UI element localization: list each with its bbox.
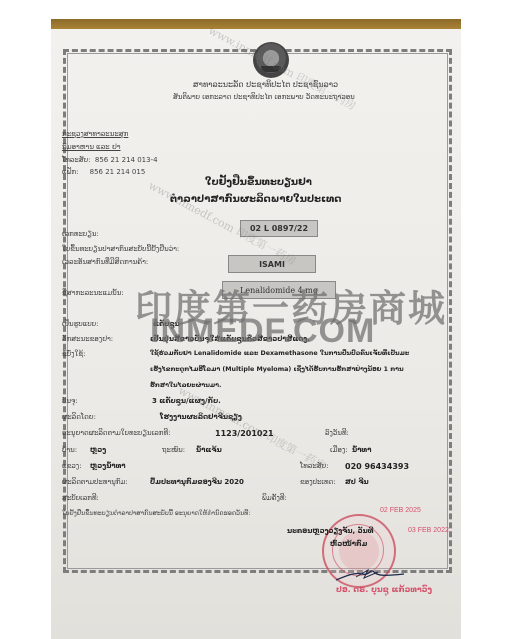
indication-line-2: ເຮັງໄຂກະດູກໄມອີໂລມາ (Multiple Myeloma) ເ… [150, 366, 404, 373]
ministry-name: ກະຊວງສາທາລະນະສຸກ [62, 130, 128, 138]
certificate-title: ໃບຢັ້ງຢືນຂຶ້ນທະບຽນຢາ [205, 177, 312, 188]
print-label: ພິມຄັ້ງທີ: [262, 494, 287, 502]
tel-value: 856 21 214 013-4 [95, 156, 158, 164]
district-label: ເມືອງ: [330, 446, 348, 454]
road-value: ນ້ຳແຈ້ນ [196, 446, 222, 454]
signatory-name: ປອ. ດຣ. ບຸນຊູ ແກ້ວທາວົງ [336, 585, 432, 594]
province-value: ຫຼວງນ້ຳທາ [90, 462, 126, 470]
fax-label: ແຟັກ: [62, 168, 78, 176]
district-value: ນ້ຳທາ [352, 446, 371, 454]
form-label: ເປັນຮູບແບບ: [62, 320, 98, 328]
pack-label: ບັນຈຸ: [62, 397, 78, 405]
director-title: ຫົວໜ້າກົມ [330, 540, 367, 548]
province-label: ແຂວງ: [62, 462, 82, 470]
issuer-fax: ແຟັກ: 856 21 214 015 [62, 168, 145, 176]
edition-label: ສະບັບເລກທີ: [62, 494, 99, 502]
cert-statement: ໃບຂຶ້ນທະບຽນປາສາກົນສະບັບນີ້ຢັ້ງຢືນວ່າ: [62, 245, 179, 253]
signature-icon [334, 566, 406, 582]
trade-name-label: ເວລະອັນສາກົນທີ່ມີສິດການຄ້າ: [62, 258, 148, 266]
description-label: ລັກສະນະຂອງຢາ: [62, 335, 113, 343]
manufacturer-label: ຜະລິດໂດຍ: [62, 413, 96, 421]
fax-value: 856 21 214 015 [90, 168, 146, 176]
indication-label: ຂໍ້ບົ່ງໃຊ້: [62, 350, 86, 358]
tel-label: ໂທລະສັບ: [62, 156, 90, 164]
village-label: ບ້ານ: [62, 446, 77, 454]
indication-line-1: ໃຊ້ຮ່ວມກັບຢາ Lenalidomide ແລະ Dexamethas… [150, 350, 409, 357]
issuer-tel: ໂທລະສັບ: 856 21 214 013-4 [62, 156, 158, 164]
validity-label: ໃບຢັ້ງຢືນຂຶ້ນທະບຽນຕໍາລາປາສາກົນສະບັບນີ້ ອ… [62, 510, 250, 517]
reg-no-label: ເລກທະບຽນ: [62, 230, 99, 238]
road-label: ຖະໜົນ: [162, 446, 185, 454]
watermark-english: INMEDF.COM [150, 312, 375, 351]
village-value: ຫຼວງ [90, 446, 106, 454]
generic-name-label: ຊື່ສາກະລະນະແມນັ້ນ: [62, 289, 124, 297]
pharmacopeia-value: ປຶ້ມປະທານຸກົມຂອງຈີນ 2020 [150, 478, 244, 486]
pharmacopeia-label: ຜະລິດຕາມປະທານຸກົມ: [62, 478, 128, 486]
country-value: ສປ ຈີນ [345, 478, 369, 486]
issued-date: 03 FEB 2022 [408, 527, 449, 534]
license-label: ອະນຸຍາດຜະລິດຕາມໃບທະບຽນເລກທີ: [62, 429, 170, 437]
license-date-label: ລົງວັນທີ: [325, 429, 349, 437]
validity-date: 02 FEB 2025 [380, 507, 421, 514]
country-label: ຂອງປະເທດ: [300, 478, 336, 486]
phone-value: 020 96434393 [345, 462, 409, 471]
department-name: ກົມອາຫານ ແລະ ຢາ [62, 143, 121, 151]
issued-place-label: ນະຄອນຫຼວງວຽງຈັນ, ວັນທີ [287, 527, 373, 535]
